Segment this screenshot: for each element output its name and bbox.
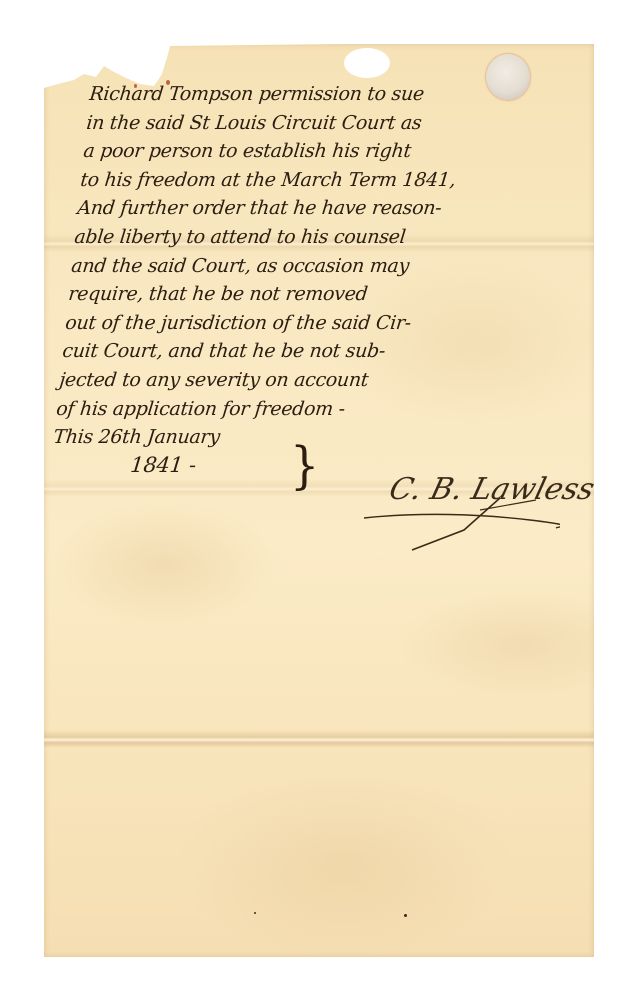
text-line: and the said Court, as occasion may xyxy=(70,252,553,281)
text-line: able liberty to attend to his counsel xyxy=(73,223,556,252)
text-line: a poor person to establish his right xyxy=(82,137,565,166)
wax-stain xyxy=(159,64,163,70)
paper-hole xyxy=(344,48,390,78)
ink-speck xyxy=(254,912,256,914)
paper-fold xyxy=(44,730,594,748)
text-line: And further order that he have reason- xyxy=(76,194,559,223)
text-line: Richard Tompson permission to sue xyxy=(88,80,571,109)
text-line: to his freedom at the March Term 1841, xyxy=(79,166,562,195)
text-line: jected to any severity on account xyxy=(58,366,541,395)
ink-speck xyxy=(404,914,407,917)
text-line: out of the jurisdiction of the said Cir- xyxy=(64,309,547,338)
text-line: cuit Court, and that he be not sub- xyxy=(61,337,544,366)
signature-flourish-icon xyxy=(360,490,560,560)
text-line: require, that he be not removed xyxy=(67,280,550,309)
document-body: Richard Tompson permission to sue in the… xyxy=(49,80,571,479)
brace-mark: } xyxy=(290,435,319,494)
text-line: in the said St Louis Circuit Court as xyxy=(85,109,568,138)
text-line: of his application for freedom - xyxy=(55,395,538,424)
